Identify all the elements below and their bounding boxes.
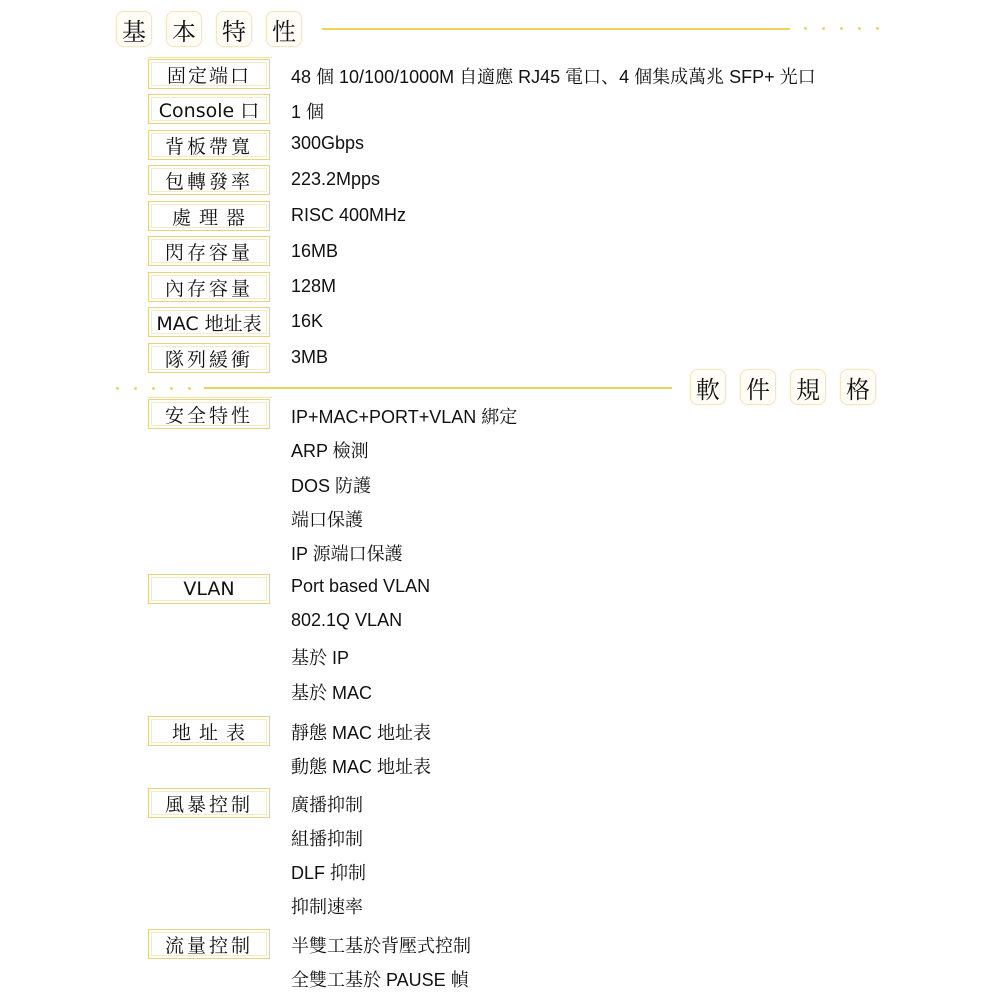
spec-value: 基於 IP xyxy=(291,644,349,670)
spec-row: MAC 地址表 xyxy=(148,307,270,337)
spec-row: 包轉發率 xyxy=(148,165,270,195)
spec-value: ARP 檢測 xyxy=(291,437,369,463)
spec-group: 地 址 表 xyxy=(148,716,270,746)
spec-value: 300Gbps xyxy=(291,133,364,154)
decorative-dots xyxy=(804,27,894,30)
spec-value: 16MB xyxy=(291,241,338,262)
section-title-char: 軟 xyxy=(690,369,726,405)
spec-label: 安全特性 xyxy=(148,399,270,429)
spec-row: 內存容量 xyxy=(148,272,270,302)
section-title-char: 性 xyxy=(266,11,302,47)
spec-label: Console 口 xyxy=(148,94,270,124)
decorative-dots xyxy=(116,387,206,390)
spec-label: 流量控制 xyxy=(148,929,270,959)
spec-value: 抑制速率 xyxy=(291,893,363,919)
spec-row: 閃存容量 xyxy=(148,236,270,266)
spec-value: 16K xyxy=(291,311,323,332)
section-title-char: 件 xyxy=(740,369,776,405)
spec-label: 地 址 表 xyxy=(148,716,270,746)
spec-label: 內存容量 xyxy=(148,272,270,302)
spec-label: 包轉發率 xyxy=(148,165,270,195)
spec-value: IP 源端口保護 xyxy=(291,540,403,566)
spec-label: 處 理 器 xyxy=(148,201,270,231)
spec-value: 基於 MAC xyxy=(291,679,372,705)
spec-value: Port based VLAN xyxy=(291,576,430,597)
spec-group: VLAN xyxy=(148,574,270,604)
spec-value: 128M xyxy=(291,276,336,297)
spec-value: 48 個 10/100/1000M 自適應 RJ45 電口、4 個集成萬兆 SF… xyxy=(291,63,816,89)
section-header-software: 軟 件 規 格 xyxy=(690,369,876,405)
spec-label: 風暴控制 xyxy=(148,788,270,818)
spec-value: 動態 MAC 地址表 xyxy=(291,753,431,779)
section-title-char: 本 xyxy=(166,11,202,47)
spec-value: DOS 防護 xyxy=(291,472,371,498)
section-header-basic: 基 本 特 性 xyxy=(116,11,316,47)
spec-value: 廣播抑制 xyxy=(291,791,363,817)
section-underline xyxy=(148,57,272,58)
section-divider-line xyxy=(204,387,672,389)
spec-row: 隊列緩衝 xyxy=(148,343,270,373)
spec-value: RISC 400MHz xyxy=(291,205,406,226)
section-title-char: 基 xyxy=(116,11,152,47)
section-underline xyxy=(148,397,272,398)
spec-value: 組播抑制 xyxy=(291,825,363,851)
spec-value: IP+MAC+PORT+VLAN 綁定 xyxy=(291,403,517,429)
spec-label: 閃存容量 xyxy=(148,236,270,266)
spec-value: 半雙工基於背壓式控制 xyxy=(291,932,471,958)
section-title-char: 特 xyxy=(216,11,252,47)
spec-value: DLF 抑制 xyxy=(291,859,366,885)
spec-value: 3MB xyxy=(291,347,328,368)
spec-value: 1 個 xyxy=(291,98,324,124)
spec-group: 流量控制 xyxy=(148,929,270,959)
spec-row: 固定端口 xyxy=(148,59,270,89)
spec-group: 安全特性 xyxy=(148,399,270,429)
section-title-char: 規 xyxy=(790,369,826,405)
spec-label: 背板帶寬 xyxy=(148,130,270,160)
spec-value: 223.2Mpps xyxy=(291,169,380,190)
section-divider-line xyxy=(322,28,790,30)
spec-value: 靜態 MAC 地址表 xyxy=(291,719,431,745)
section-title-char: 格 xyxy=(840,369,876,405)
spec-label: VLAN xyxy=(148,574,270,604)
spec-label: 固定端口 xyxy=(148,59,270,89)
spec-row: 處 理 器 xyxy=(148,201,270,231)
spec-value: 802.1Q VLAN xyxy=(291,610,402,631)
spec-row: Console 口 xyxy=(148,94,270,124)
spec-value: 全雙工基於 PAUSE 幀 xyxy=(291,966,469,992)
spec-row: 背板帶寬 xyxy=(148,130,270,160)
spec-label: MAC 地址表 xyxy=(148,307,270,337)
spec-label: 隊列緩衝 xyxy=(148,343,270,373)
spec-group: 風暴控制 xyxy=(148,788,270,818)
spec-value: 端口保護 xyxy=(291,506,363,532)
